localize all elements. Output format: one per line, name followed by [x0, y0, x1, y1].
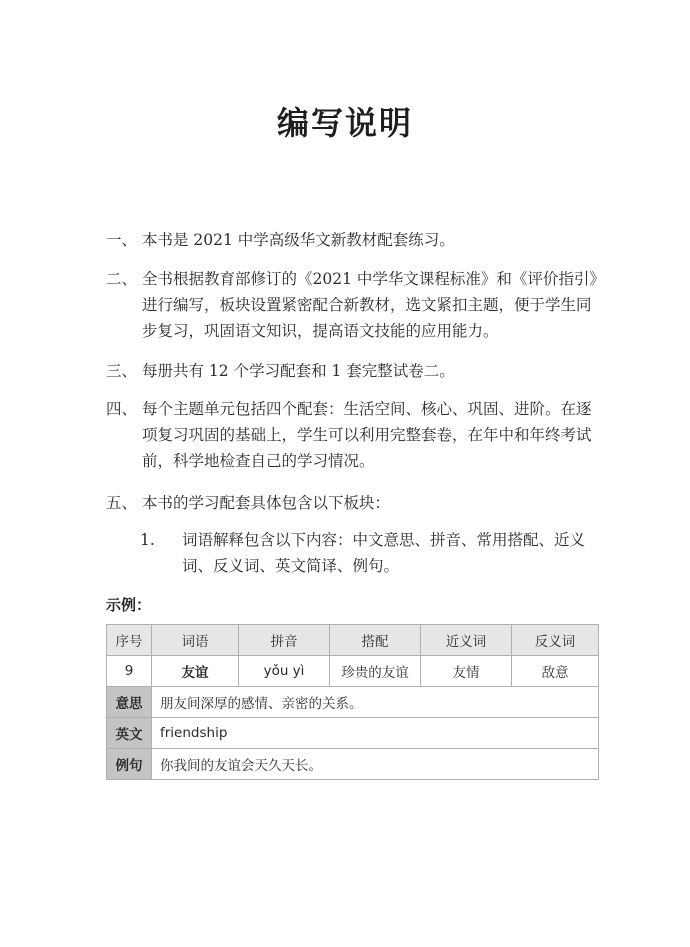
item-text: 全书根据教育部修订的《2021 中学华文课程标准》和《评价指引》进行编写，板块设…	[142, 266, 606, 344]
cell-meaning: 朋友间深厚的感情、亲密的关系。	[152, 687, 599, 718]
sub-item-1: 1. 词语解释包含以下内容：中文意思、拼音、常用搭配、近义词、反义词、英文简译、…	[140, 527, 606, 579]
sub-item-number: 1.	[140, 527, 155, 553]
table-row: 9 友谊 yǒu yì 珍贵的友谊 友情 敌意	[107, 656, 599, 687]
item-number: 二、	[106, 266, 146, 292]
list-item-1: 一、 本书是 2021 中学高级华文新教材配套练习。	[106, 227, 606, 253]
cell-english: friendship	[152, 718, 599, 749]
list-item-2: 二、 全书根据教育部修订的《2021 中学华文课程标准》和《评价指引》进行编写，…	[106, 266, 606, 344]
cell-word: 友谊	[152, 656, 239, 687]
table-row-sentence: 例句 你我间的友谊会天久天长。	[107, 749, 599, 780]
table-row-meaning: 意思 朋友间深厚的感情、亲密的关系。	[107, 687, 599, 718]
sub-item-text: 词语解释包含以下内容：中文意思、拼音、常用搭配、近义词、反义词、英文简译、例句。	[182, 527, 606, 579]
header-index: 序号	[107, 625, 152, 656]
header-word: 词语	[152, 625, 239, 656]
cell-pinyin: yǒu yì	[239, 656, 330, 687]
header-collocation: 搭配	[330, 625, 421, 656]
item-text: 本书是 2021 中学高级华文新教材配套练习。	[142, 227, 606, 253]
cell-sentence: 你我间的友谊会天久天长。	[152, 749, 599, 780]
cell-collocation: 珍贵的友谊	[330, 656, 421, 687]
item-text: 本书的学习配套具体包含以下板块：	[142, 490, 606, 516]
cell-index: 9	[107, 656, 152, 687]
item-text: 每册共有 12 个学习配套和 1 套完整试卷二。	[142, 358, 606, 384]
list-item-5: 五、 本书的学习配套具体包含以下板块：	[106, 490, 606, 516]
table-row-english: 英文 friendship	[107, 718, 599, 749]
row-label-meaning: 意思	[107, 687, 152, 718]
header-pinyin: 拼音	[239, 625, 330, 656]
cell-antonym: 敌意	[512, 656, 599, 687]
list-item-3: 三、 每册共有 12 个学习配套和 1 套完整试卷二。	[106, 358, 606, 384]
list-item-4: 四、 每个主题单元包括四个配套：生活空间、核心、巩固、进阶。在逐项复习巩固的基础…	[106, 396, 606, 474]
item-number: 三、	[106, 358, 146, 384]
item-text: 每个主题单元包括四个配套：生活空间、核心、巩固、进阶。在逐项复习巩固的基础上，学…	[142, 396, 606, 474]
example-label: 示例：	[106, 594, 151, 615]
header-antonym: 反义词	[512, 625, 599, 656]
example-table: 序号 词语 拼音 搭配 近义词 反义词 9 友谊 yǒu yì 珍贵的友谊 友情…	[106, 624, 599, 780]
header-synonym: 近义词	[421, 625, 512, 656]
row-label-english: 英文	[107, 718, 152, 749]
item-number: 五、	[106, 490, 146, 516]
item-number: 四、	[106, 396, 146, 422]
row-label-sentence: 例句	[107, 749, 152, 780]
item-number: 一、	[106, 227, 146, 253]
cell-synonym: 友情	[421, 656, 512, 687]
page-title: 编写说明	[0, 98, 690, 144]
table-header-row: 序号 词语 拼音 搭配 近义词 反义词	[107, 625, 599, 656]
